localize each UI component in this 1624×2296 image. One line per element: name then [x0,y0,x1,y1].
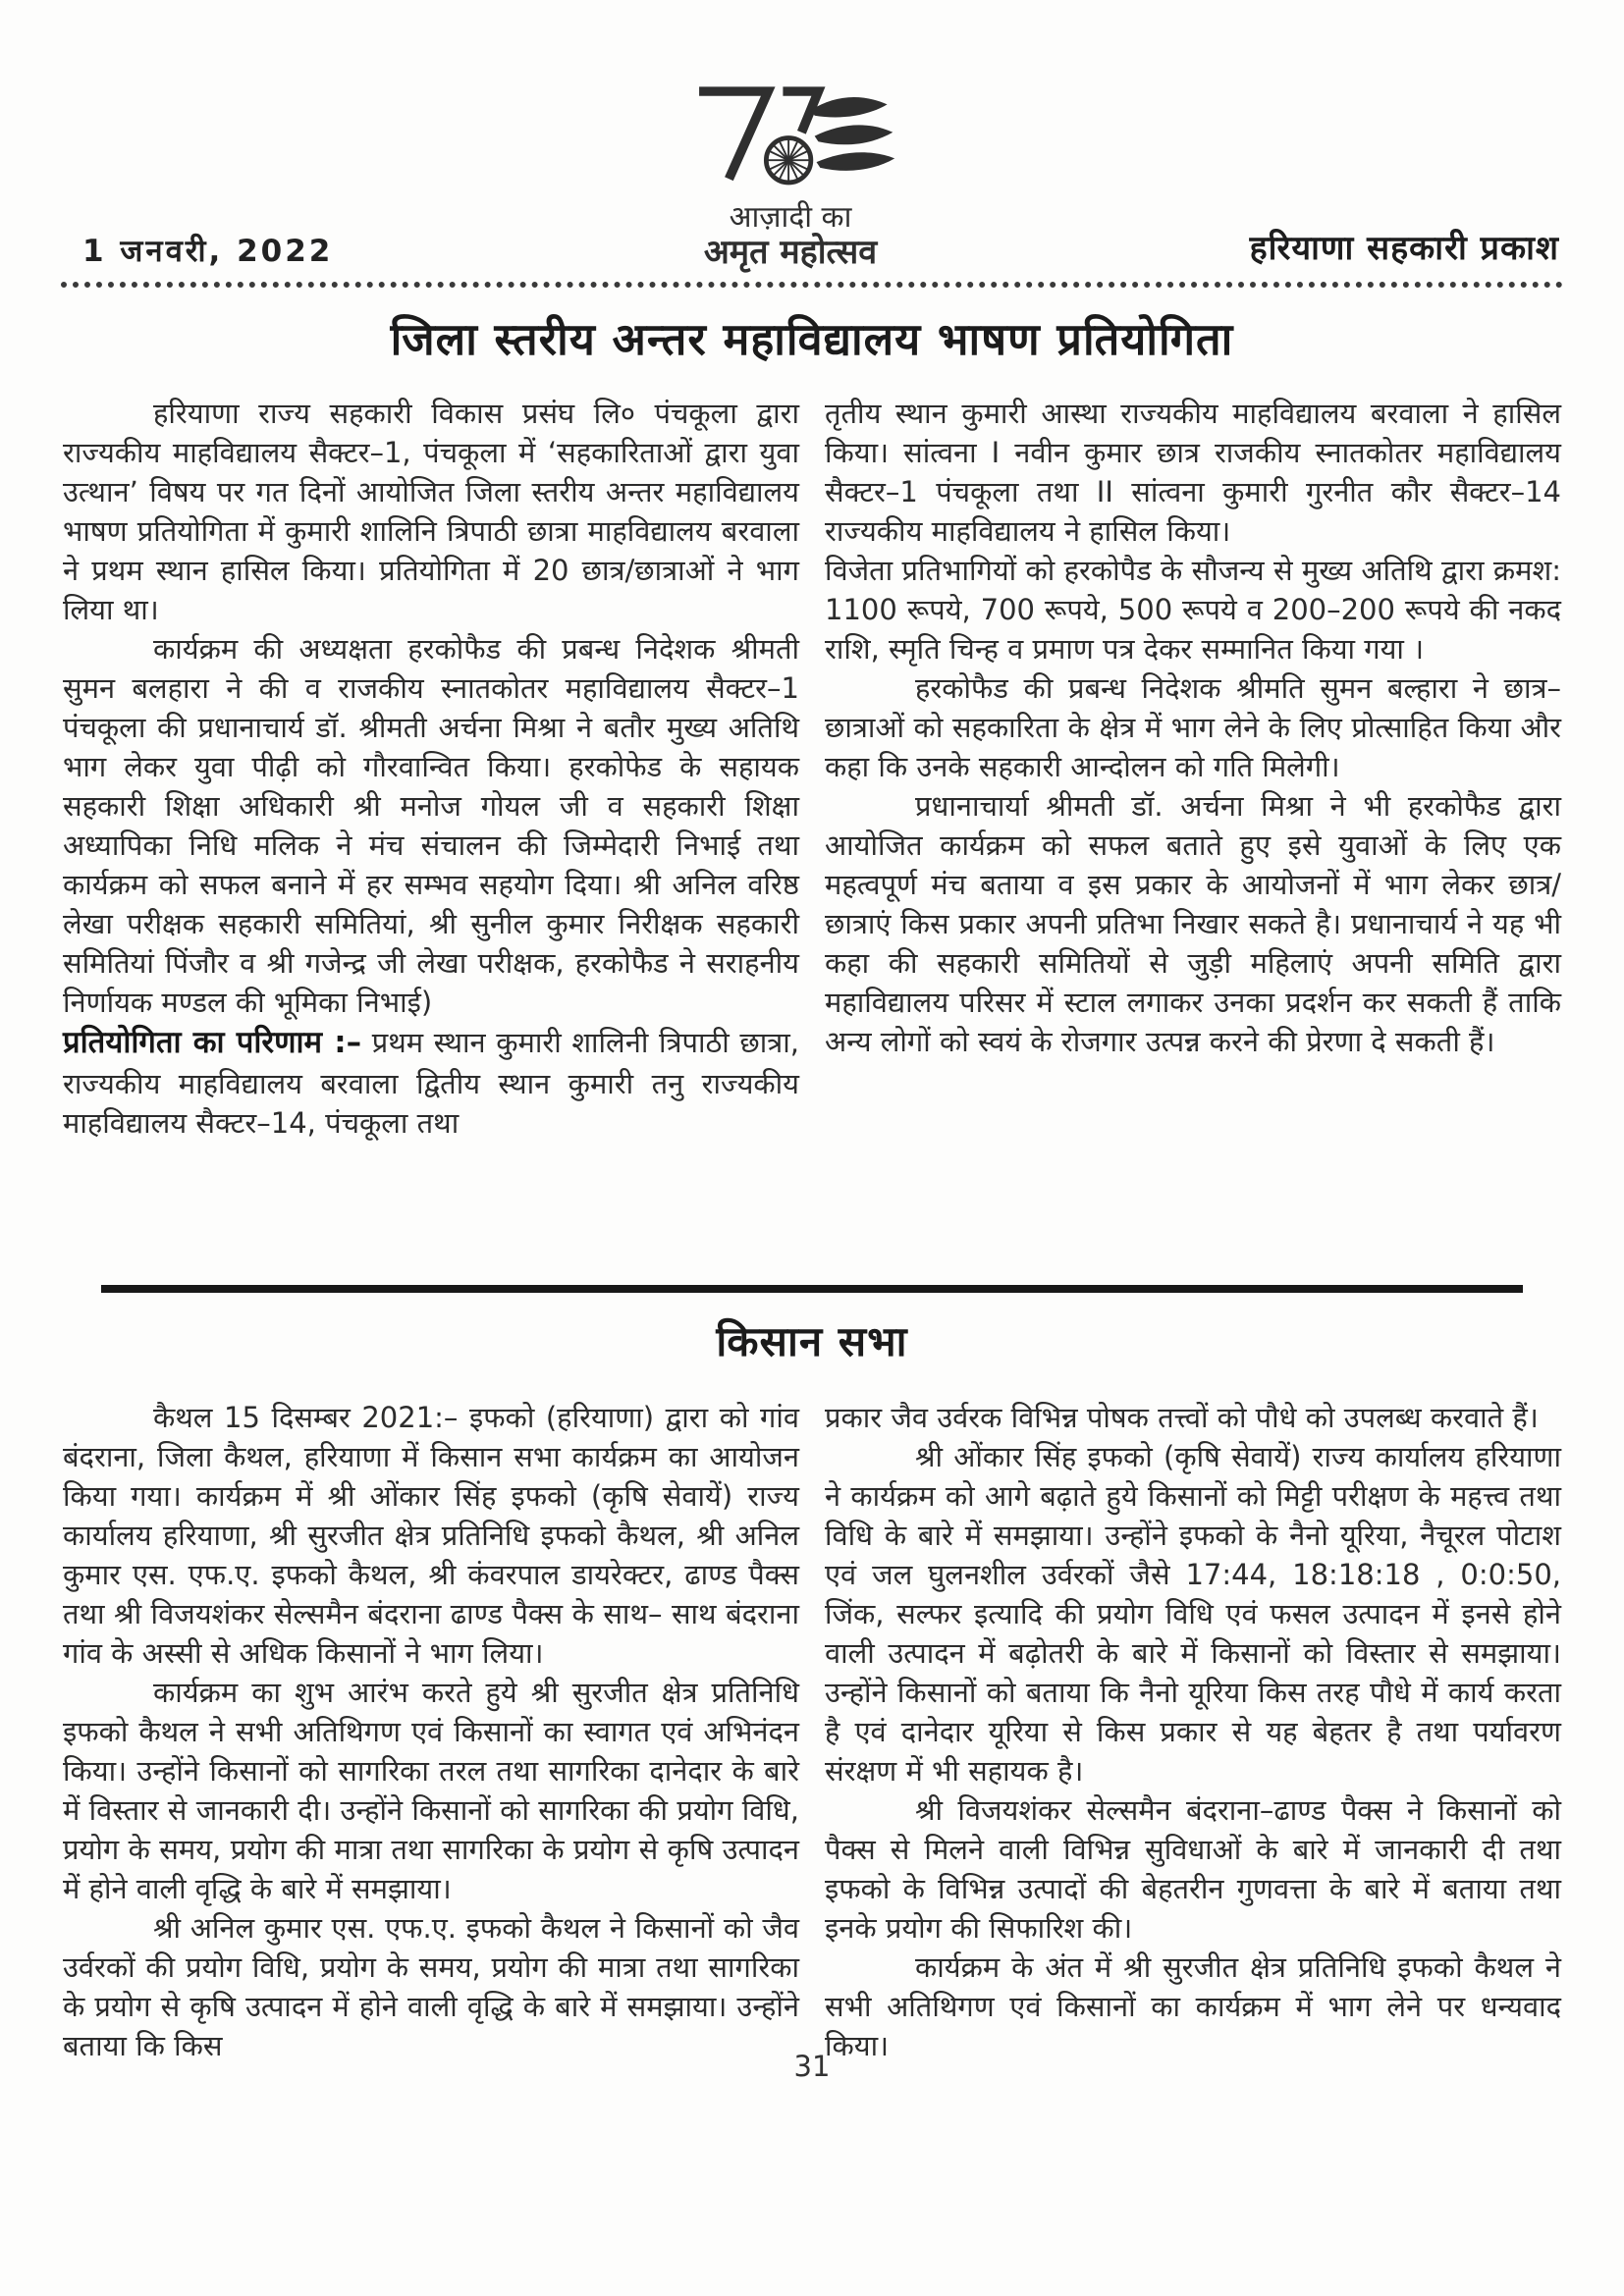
newspaper-page: 1 जनवरी, 2022 [0,0,1624,2296]
paragraph: प्रकार जैव उर्वरक विभिन्न पोषक तत्त्वों … [825,1398,1561,1437]
paragraph: कार्यक्रम का शुभ आरंभ करते हुये श्री सुर… [63,1673,799,1908]
paragraph: प्रधानाचार्या श्रीमती डॉ. अर्चना मिश्रा … [825,786,1561,1061]
article-speech-competition: जिला स्तरीय अन्तर महाविद्यालय भाषण प्रति… [63,308,1561,1255]
paragraph: कार्यक्रम के अंत में श्री सुरजीत क्षेत्र… [825,1948,1561,2065]
masthead-title: हरियाणा सहकारी प्रकाश [1250,224,1559,269]
azadi-ka-amrit-mahotsav-logo: आज़ादी का अमृत महोत्सव [663,75,918,270]
logo-line2: अमृत महोत्सव [663,236,918,271]
paragraph: श्री विजयशंकर सेल्समैन बंदराना–ढाण्ड पैक… [825,1790,1561,1948]
paragraph: हरियाणा राज्य सहकारी विकास प्रसंघ लि० पं… [63,394,799,629]
article-2-column-right: प्रकार जैव उर्वरक विभिन्न पोषक तत्त्वों … [825,1398,1561,2065]
article-1-title: जिला स्तरीय अन्तर महाविद्यालय भाषण प्रति… [63,308,1561,368]
section-divider-rule [101,1285,1523,1293]
article-kisan-sabha: किसान सभा कैथल 15 दिसम्बर 2021:– इफको (ह… [63,1312,1561,2065]
page-number: 31 [794,2050,831,2083]
article-2-title: किसान सभा [63,1312,1561,1368]
header-dotted-rule [61,282,1563,288]
paragraph-result: प्रतियोगिता का परिणाम :– प्रथम स्थान कुम… [63,1022,799,1143]
paragraph: विजेता प्रतिभागियों को हरकोपैड के सौजन्य… [825,551,1561,668]
issue-date: 1 जनवरी, 2022 [82,230,333,271]
article-1-column-left: हरियाणा राज्य सहकारी विकास प्रसंघ लि० पं… [63,394,799,1255]
flag-waves-icon [811,97,894,171]
article-2-column-left: कैथल 15 दिसम्बर 2021:– इफको (हरियाणा) द्… [63,1398,799,2065]
paragraph: तृतीय स्थान कुमारी आस्था राज्यकीय माहविद… [825,394,1561,551]
paragraph: हरकोफैड की प्रबन्ध निदेशक श्रीमति सुमन ब… [825,668,1561,786]
ashoka-chakra-icon [766,137,811,183]
paragraph: श्री ओंकार सिंह इफको (कृषि सेवायें) राज्… [825,1437,1561,1790]
paragraph: कैथल 15 दिसम्बर 2021:– इफको (हरियाणा) द्… [63,1398,799,1673]
article-1-column-right: तृतीय स्थान कुमारी आस्था राज्यकीय माहविद… [825,394,1561,1255]
logo-line1: आज़ादी का [663,202,918,234]
page-content: जिला स्तरीय अन्तर महाविद्यालय भाषण प्रति… [63,296,1561,2065]
paragraph: कार्यक्रम की अध्यक्षता हरकोफैड की प्रबन्… [63,629,799,1022]
logo-75-graphic [677,75,903,200]
paragraph: श्री अनिल कुमार एस. एफ.ए. इफको कैथल ने क… [63,1908,799,2065]
result-label: प्रतियोगिता का परिणाम :– [63,1025,361,1060]
